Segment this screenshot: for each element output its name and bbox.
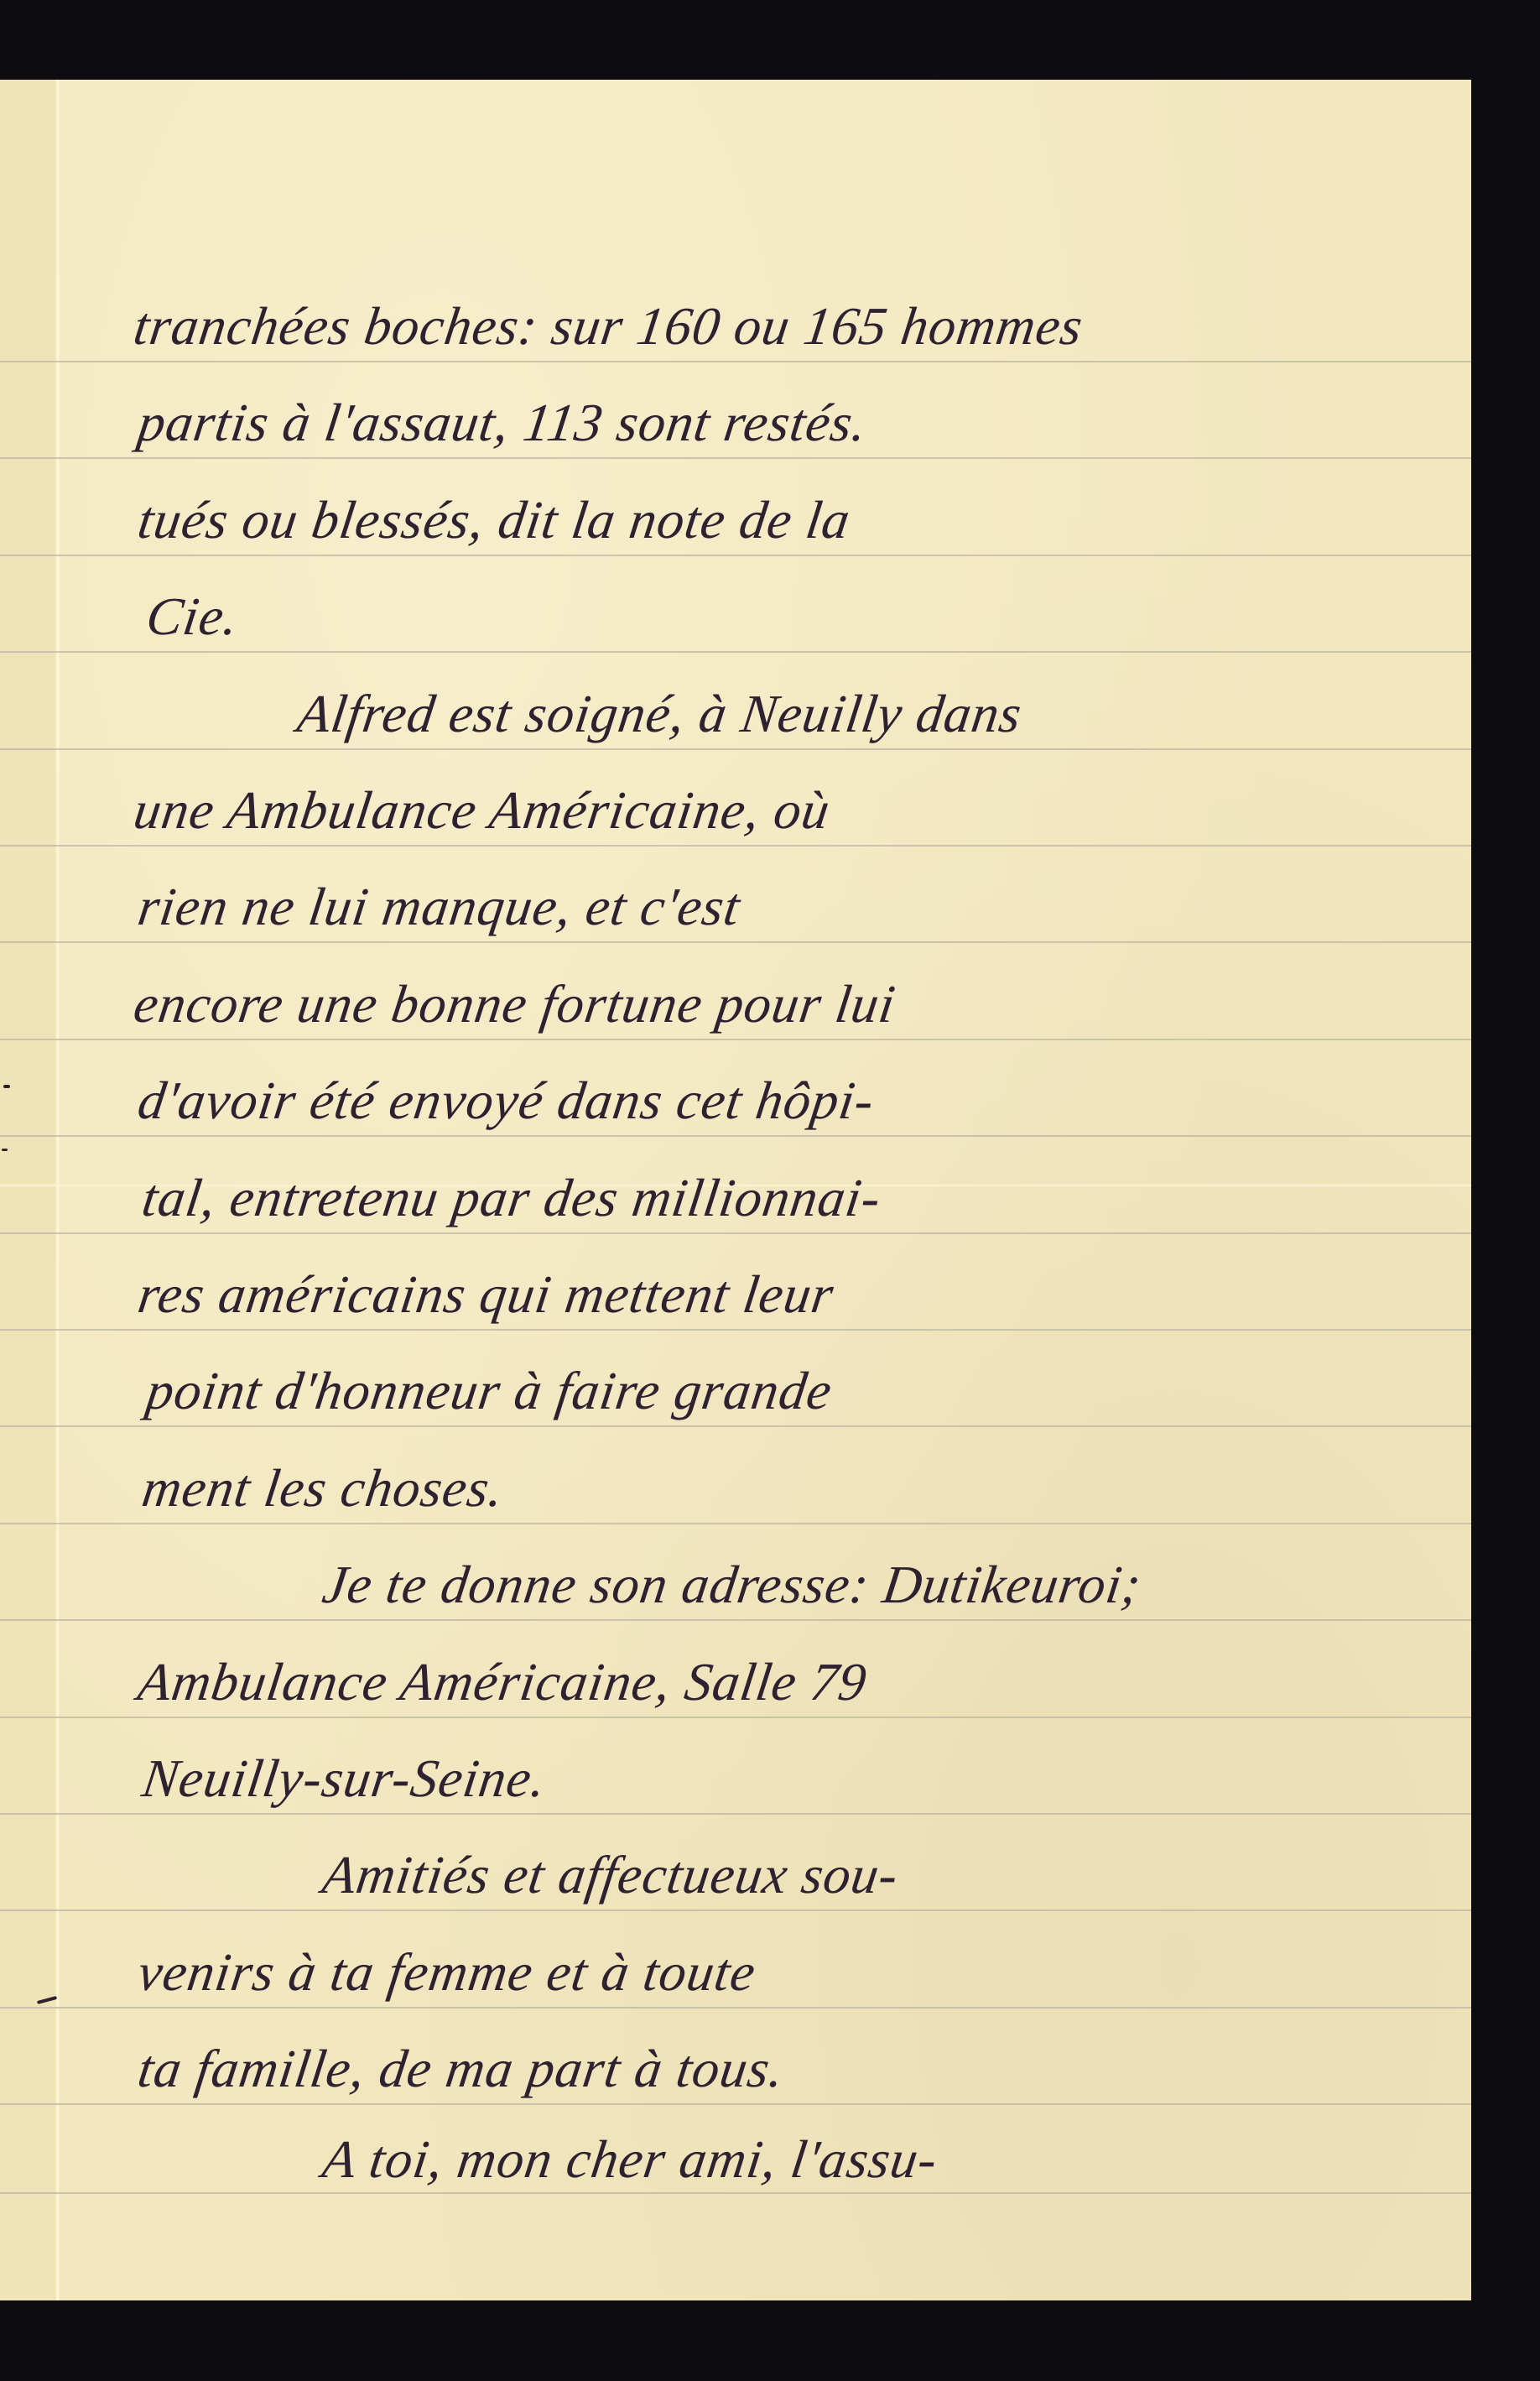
ruled-line [0,1135,1471,1137]
line-text: point d'honneur à faire grande [143,1360,836,1422]
line-text: Alfred est soigné, à Neuilly dans [294,683,1026,745]
line-text: rien ne lui manque, et c'est [134,876,744,938]
ruled-line [0,1425,1471,1427]
handwritten-line: Je te donne son adresse: Dutikeuroi; [0,1527,1471,1619]
handwritten-line: Alfred est soigné, à Neuilly dans [0,656,1471,748]
ruled-line [0,1909,1471,1911]
ruled-line [0,2007,1471,2008]
handwritten-line: A toi, mon cher ami, l'assu- [0,2102,1471,2194]
handwritten-line: tal, entretenu par des millionnai- [0,1140,1471,1232]
ruled-line [0,651,1471,653]
handwritten-line: Ambulance Américaine, Salle 79 [0,1624,1471,1717]
line-text: res américains qui mettent leur [134,1263,838,1326]
ruled-line [0,1039,1471,1040]
line-text: ment les choses. [138,1457,508,1519]
ruled-line [0,555,1471,556]
ruled-line [0,1619,1471,1621]
line-text: A toi, mon cher ami, l'assu- [319,2128,941,2191]
handwritten-line: d'avoir été envoyé dans cet hôpi- [0,1043,1471,1135]
handwritten-line: une Ambulance Américaine, où [0,753,1471,845]
ruled-line [0,1232,1471,1234]
handwritten-line: res américains qui mettent leur [0,1237,1471,1329]
line-text: une Ambulance Américaine, où [130,779,834,841]
ruled-line [0,1329,1471,1331]
line-text: Je te donne son adresse: Dutikeuroi; [319,1554,1145,1616]
ruled-line [0,457,1471,459]
ruled-line [0,941,1471,943]
ink-mark [2,1149,8,1151]
ruled-line [0,748,1471,750]
line-text: Neuilly-sur-Seine. [138,1748,550,1810]
line-text: tal, entretenu par des millionnai- [138,1167,885,1229]
handwritten-line: partis à l'assaut, 113 sont restés. [0,365,1471,457]
ruled-line [0,361,1471,362]
handwritten-line: tranchées boches: sur 160 ou 165 hommes [0,268,1471,361]
handwritten-line: tués ou blessés, dit la note de la [0,462,1471,555]
line-text: tués ou blessés, dit la note de la [134,489,855,551]
line-text: tranchées boches: sur 160 ou 165 hommes [130,295,1087,357]
line-text: Amitiés et affectueux sou- [319,1844,903,1906]
handwritten-line: rien ne lui manque, et c'est [0,849,1471,941]
handwritten-line: Cie. [0,559,1471,651]
line-text: ta famille, de ma part à tous. [134,2038,788,2100]
line-text: encore une bonne fortune pour lui [130,973,899,1035]
handwritten-line: Neuilly-sur-Seine. [0,1721,1471,1813]
handwritten-line: encore une bonne fortune pour lui [0,946,1471,1039]
ruled-line [0,1523,1471,1524]
handwritten-line: venirs à ta femme et à toute [0,1915,1471,2007]
letter-page: tranchées boches: sur 160 ou 165 hommes … [0,80,1471,2300]
line-text: partis à l'assaut, 113 sont restés. [134,392,871,454]
ruled-line [0,1813,1471,1815]
handwritten-line: Amitiés et affectueux sou- [0,1817,1471,1909]
ruled-line [0,845,1471,847]
line-text: Ambulance Américaine, Salle 79 [134,1651,871,1713]
handwritten-line: ta famille, de ma part à tous. [0,2011,1471,2103]
handwritten-line: ment les choses. [0,1430,1471,1523]
line-text: Cie. [143,586,242,648]
handwritten-line: point d'honneur à faire grande [0,1333,1471,1425]
line-text: d'avoir été envoyé dans cet hôpi- [134,1070,878,1132]
ink-mark [3,1085,10,1088]
ruled-line [0,1717,1471,1718]
line-text: venirs à ta femme et à toute [134,1941,760,2003]
scan-background: tranchées boches: sur 160 ou 165 hommes … [0,0,1540,2381]
